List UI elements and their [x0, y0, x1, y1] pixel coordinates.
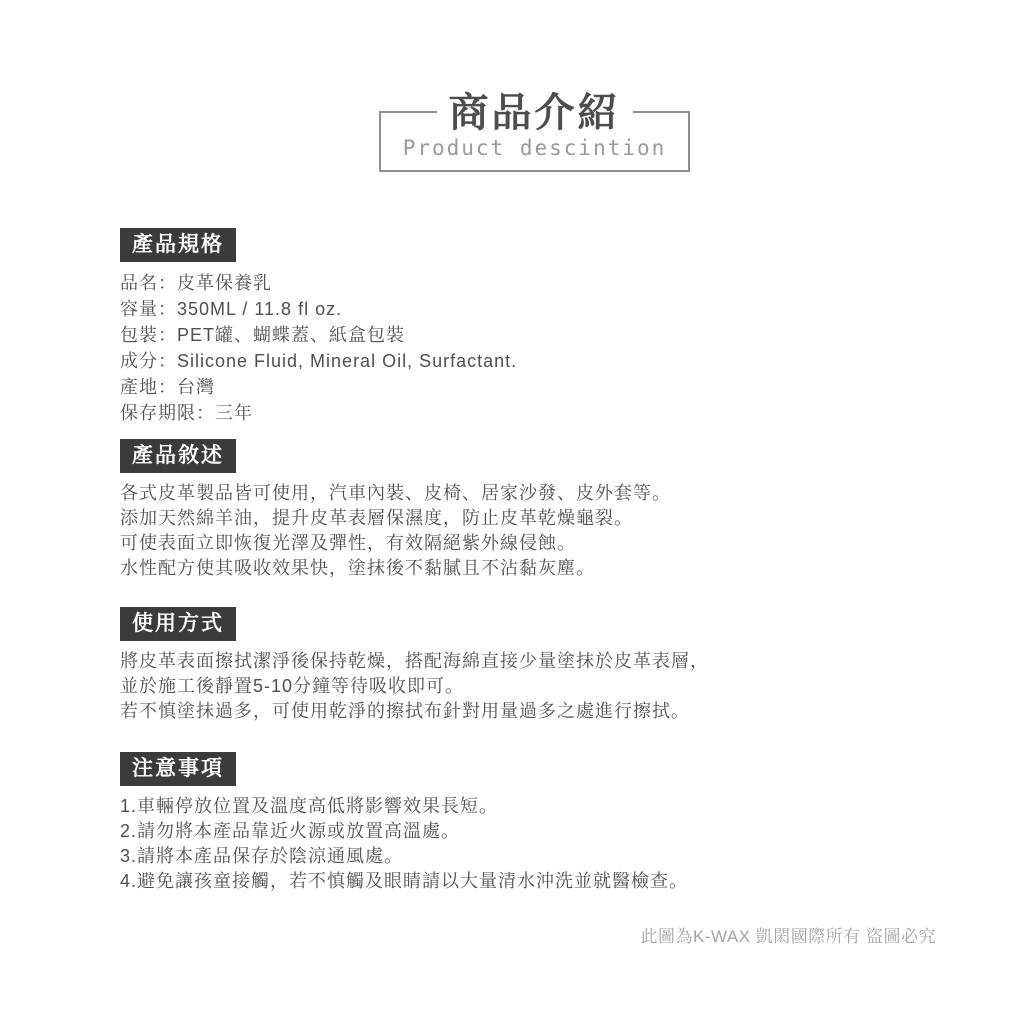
caution-line: 1.車輛停放位置及溫度高低將影響效果長短。: [120, 794, 910, 819]
narrative-list: 各式皮革製品皆可使用，汽車內裝、皮椅、居家沙發、皮外套等。 添加天然綿羊油，提升…: [120, 481, 910, 581]
section-usage: 使用方式 將皮革表面擦拭潔淨後保持乾燥，搭配海綿直接少量塗抹於皮革表層， 並於施…: [120, 607, 910, 724]
page-title: 商品介紹: [437, 93, 633, 133]
header-box: 商品介紹 Product descintion: [379, 111, 690, 172]
section-cautions: 注意事項 1.車輛停放位置及溫度高低將影響效果長短。 2.請勿將本產品靠近火源或…: [120, 752, 910, 894]
usage-line: 並於施工後靜置5-10分鐘等待吸收即可。: [120, 674, 910, 699]
section-product-narrative: 產品敘述 各式皮革製品皆可使用，汽車內裝、皮椅、居家沙發、皮外套等。 添加天然綿…: [120, 439, 910, 581]
caution-line: 2.請勿將本產品靠近火源或放置高溫處。: [120, 819, 910, 844]
spec-line-name: 品名：皮革保養乳: [120, 270, 910, 296]
narrative-line: 各式皮革製品皆可使用，汽車內裝、皮椅、居家沙發、皮外套等。: [120, 481, 910, 506]
spec-line-packaging: 包裝：PET罐、蝴蝶蓋、紙盒包裝: [120, 322, 910, 348]
product-description-page: 商品介紹 Product descintion 產品規格 品名：皮革保養乳 容量…: [0, 0, 1024, 1024]
usage-line: 將皮革表面擦拭潔淨後保持乾燥，搭配海綿直接少量塗抹於皮革表層，: [120, 649, 910, 674]
section-badge-usage: 使用方式: [120, 607, 236, 641]
usage-line: 若不慎塗抹過多，可使用乾淨的擦拭布針對用量過多之處進行擦拭。: [120, 699, 910, 724]
caution-line: 4.避免讓孩童接觸，若不慎觸及眼睛請以大量清水沖洗並就醫檢查。: [120, 869, 910, 894]
spec-line-volume: 容量：350ML / 11.8 fl oz.: [120, 296, 910, 322]
page-subtitle: Product descintion: [403, 136, 667, 160]
caution-list: 1.車輛停放位置及溫度高低將影響效果長短。 2.請勿將本產品靠近火源或放置高溫處…: [120, 794, 910, 894]
spec-line-origin: 產地：台灣: [120, 374, 910, 400]
spec-list: 品名：皮革保養乳 容量：350ML / 11.8 fl oz. 包裝：PET罐、…: [120, 270, 910, 426]
narrative-line: 添加天然綿羊油，提升皮革表層保濕度，防止皮革乾燥龜裂。: [120, 506, 910, 531]
section-badge-specs: 產品規格: [120, 228, 236, 262]
section-product-specs: 產品規格 品名：皮革保養乳 容量：350ML / 11.8 fl oz. 包裝：…: [120, 228, 910, 426]
spec-line-shelf-life: 保存期限：三年: [120, 400, 910, 426]
spec-line-ingredients: 成分：Silicone Fluid, Mineral Oil, Surfacta…: [120, 348, 910, 374]
section-badge-narrative: 產品敘述: [120, 439, 236, 473]
section-badge-cautions: 注意事項: [120, 752, 236, 786]
usage-list: 將皮革表面擦拭潔淨後保持乾燥，搭配海綿直接少量塗抹於皮革表層， 並於施工後靜置5…: [120, 649, 910, 724]
narrative-line: 水性配方使其吸收效果快，塗抹後不黏膩且不沾黏灰塵。: [120, 556, 910, 581]
narrative-line: 可使表面立即恢復光澤及彈性，有效隔絕紫外線侵蝕。: [120, 531, 910, 556]
caution-line: 3.請將本產品保存於陰涼通風處。: [120, 844, 910, 869]
copyright-notice: 此圖為K-WAX 凱閎國際所有 盜圖必究: [640, 922, 936, 947]
